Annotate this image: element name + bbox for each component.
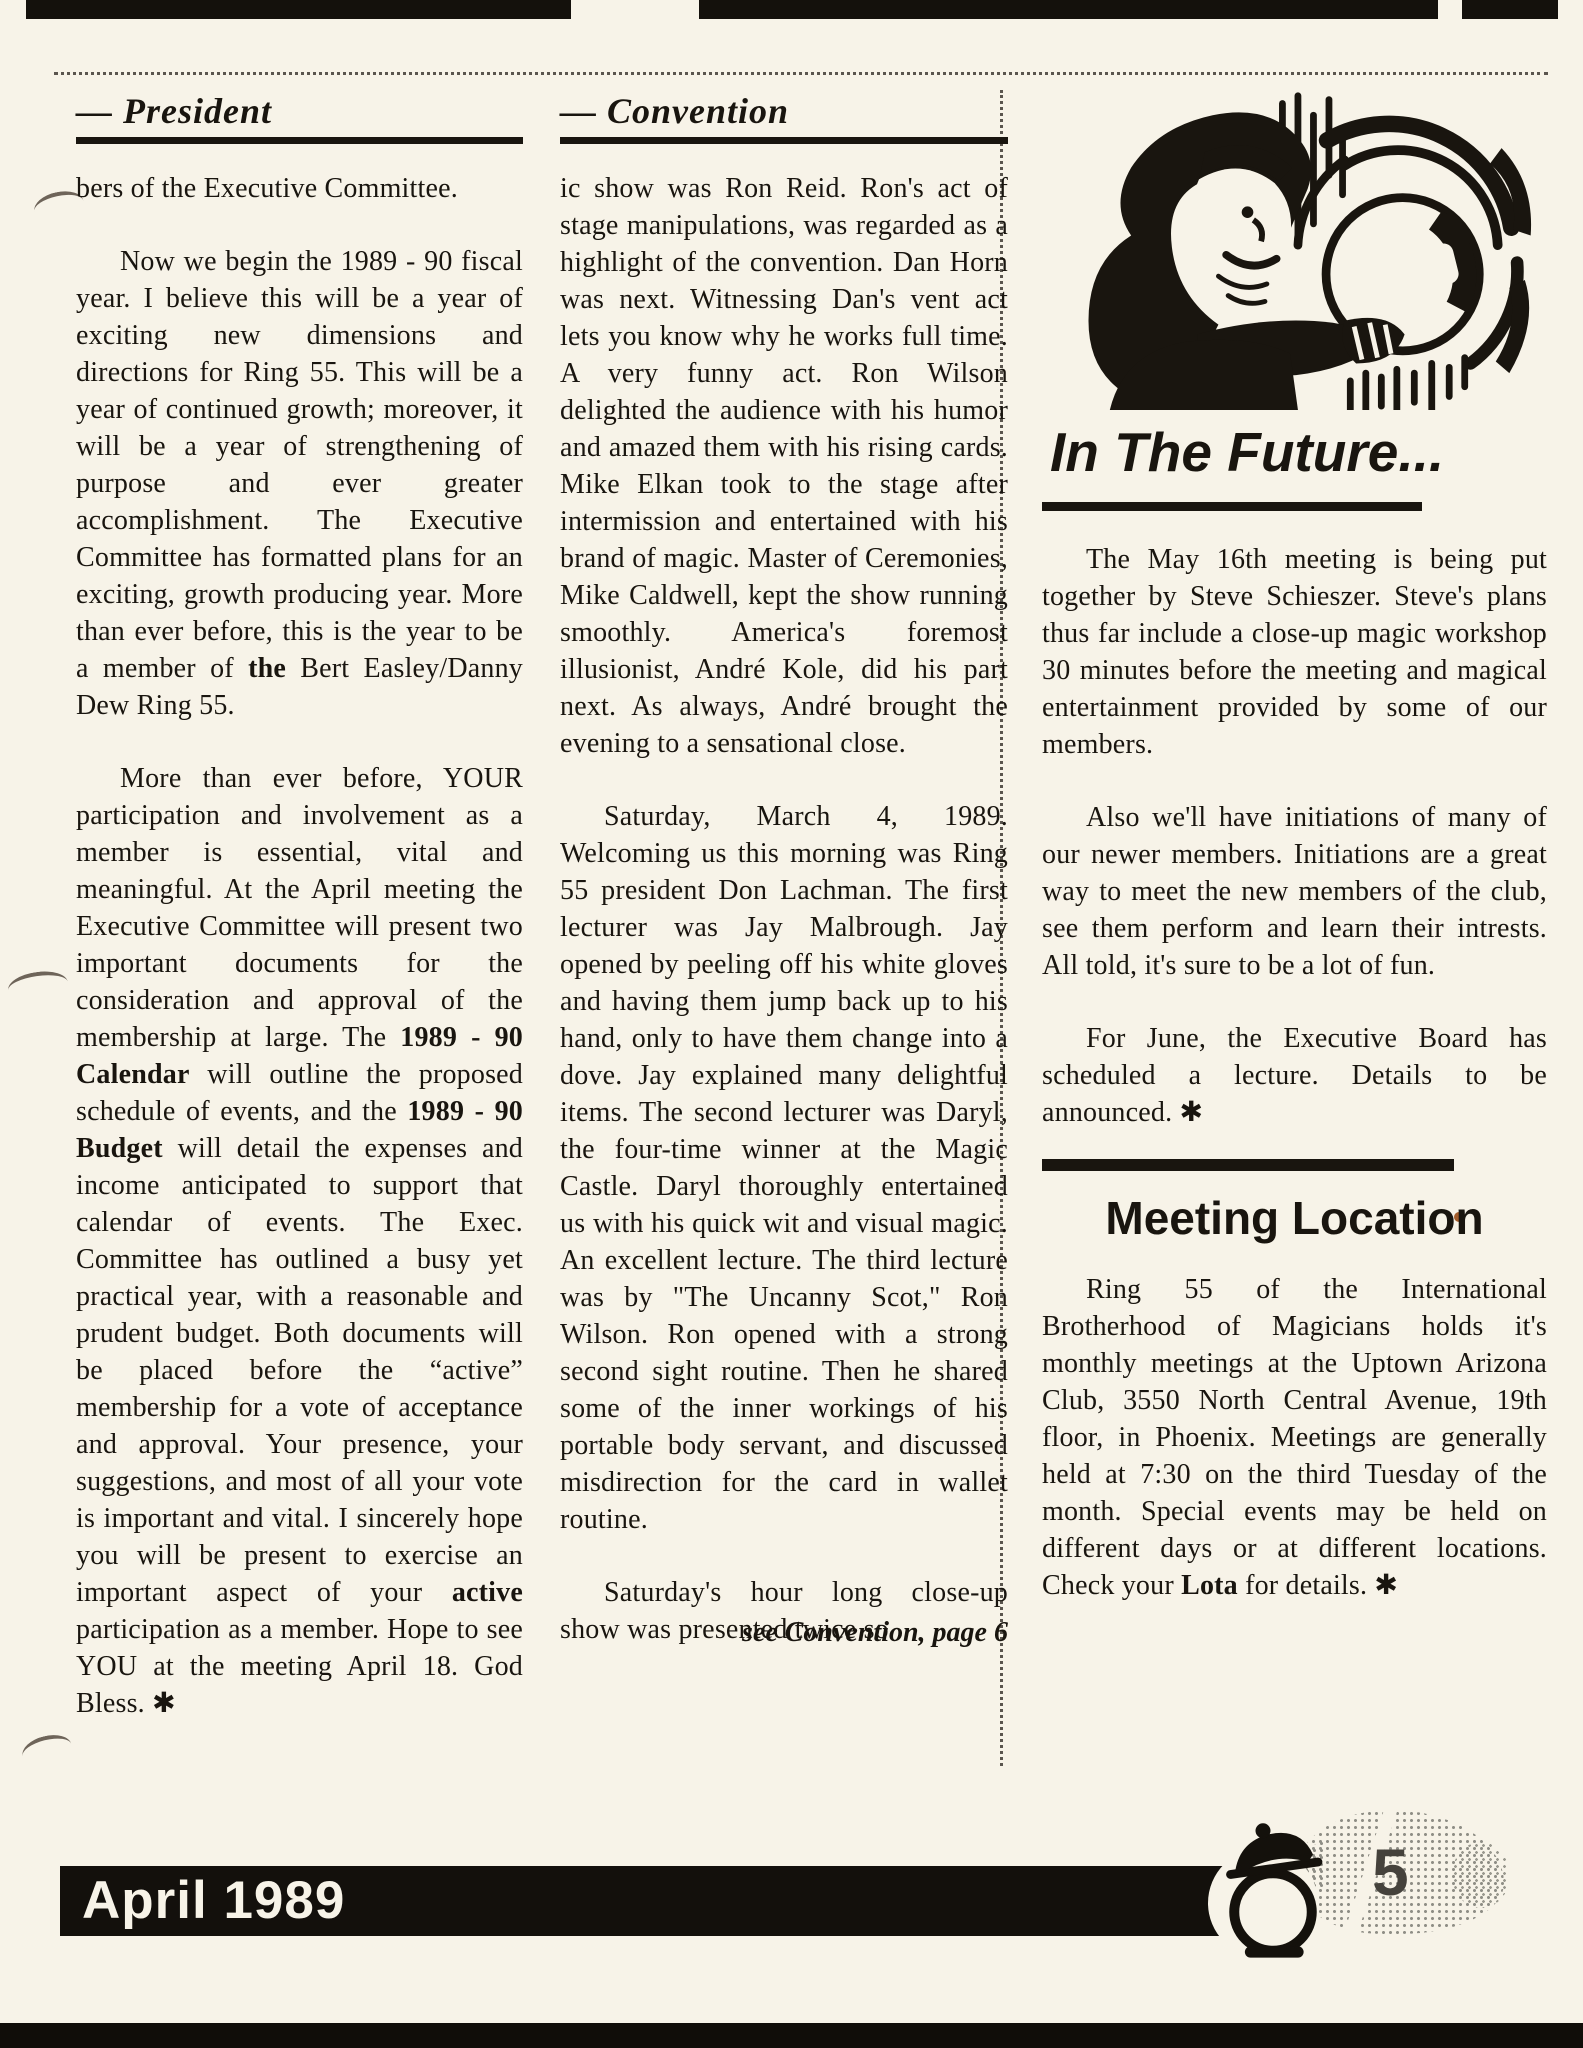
fortune-teller-illustration [1052, 90, 1540, 410]
scan-artifact-arc [6, 968, 69, 1004]
convention-continued-header: — Convention [560, 90, 1008, 132]
paragraph: Saturday, March 4, 1989. Welcoming us th… [560, 798, 1008, 1538]
in-the-future-heading: In The Future... [1050, 420, 1547, 484]
text-segment: for details. ✱ [1238, 1570, 1398, 1601]
text-segment: will detail the expenses and income anti… [76, 1133, 523, 1608]
page-number: 5 [1372, 1834, 1409, 1910]
scan-edge-gap [571, 0, 699, 19]
president-continued-header: — President [76, 90, 523, 132]
convention-column: — Convention ic show was Ron Reid. Ron's… [560, 90, 1008, 1651]
paragraph: More than ever before, YOUR participatio… [76, 760, 523, 1722]
paragraph: The May 16th meeting is being put togeth… [1042, 541, 1547, 763]
meeting-location-body: Ring 55 of the International Brotherhood… [1042, 1271, 1547, 1604]
dotted-divider-horizontal [54, 72, 1548, 75]
scan-edge-bottom [0, 2023, 1583, 2048]
president-article-body: bers of the Executive Committee.Now we b… [76, 170, 523, 1722]
paragraph: Now we begin the 1989 - 90 fiscal year. … [76, 243, 523, 724]
future-section-body: The May 16th meeting is being put togeth… [1042, 541, 1547, 1131]
meeting-location-heading: Meeting Location [1042, 1191, 1547, 1245]
text-segment: Ring 55 of the International Brotherhood… [1042, 1274, 1547, 1601]
header-rule [76, 137, 523, 144]
text-segment: active [452, 1577, 523, 1608]
president-column: — President bers of the Executive Commit… [76, 90, 523, 1722]
paragraph: For June, the Executive Board has schedu… [1042, 1020, 1547, 1131]
future-column: In The Future... The May 16th meeting is… [1042, 90, 1547, 1604]
text-segment: bers of the Executive Committee. [76, 173, 458, 204]
text-segment: For June, the Executive Board has schedu… [1042, 1023, 1547, 1128]
section-rule [1042, 1159, 1454, 1171]
text-segment: Also we'll have initiations of many of o… [1042, 802, 1547, 981]
scan-edge-top [26, 0, 1558, 19]
text-segment: the [248, 653, 286, 684]
text-segment: Now we begin the 1989 - 90 fiscal year. … [76, 246, 523, 684]
convention-article-body: ic show was Ron Reid. Ron's act of stage… [560, 170, 1008, 1648]
text-segment: participation as a member. Hope to see Y… [76, 1614, 523, 1719]
text-segment: ic show was Ron Reid. Ron's act of stage… [560, 173, 1008, 759]
scan-artifact-arc [19, 1730, 74, 1769]
issue-label: April 1989 [60, 1866, 1232, 1936]
issue-banner: April 1989 [60, 1866, 1232, 1936]
text-segment: Saturday, March 4, 1989. Welcoming us th… [560, 801, 1008, 1535]
text-segment: The May 16th meeting is being put togeth… [1042, 544, 1547, 760]
header-rule [560, 137, 1008, 144]
newsletter-page: — President bers of the Executive Commit… [0, 0, 1583, 2048]
text-segment: Lota [1181, 1570, 1238, 1601]
text-segment: More than ever before, YOUR participatio… [76, 763, 523, 1053]
lota-lamp-icon [1198, 1822, 1348, 1962]
paragraph: Also we'll have initiations of many of o… [1042, 799, 1547, 984]
section-rule [1042, 502, 1422, 511]
scan-edge-gap [1438, 0, 1462, 19]
paragraph: Ring 55 of the International Brotherhood… [1042, 1271, 1547, 1604]
paragraph: ic show was Ron Reid. Ron's act of stage… [560, 170, 1008, 762]
paragraph: bers of the Executive Committee. [76, 170, 523, 207]
